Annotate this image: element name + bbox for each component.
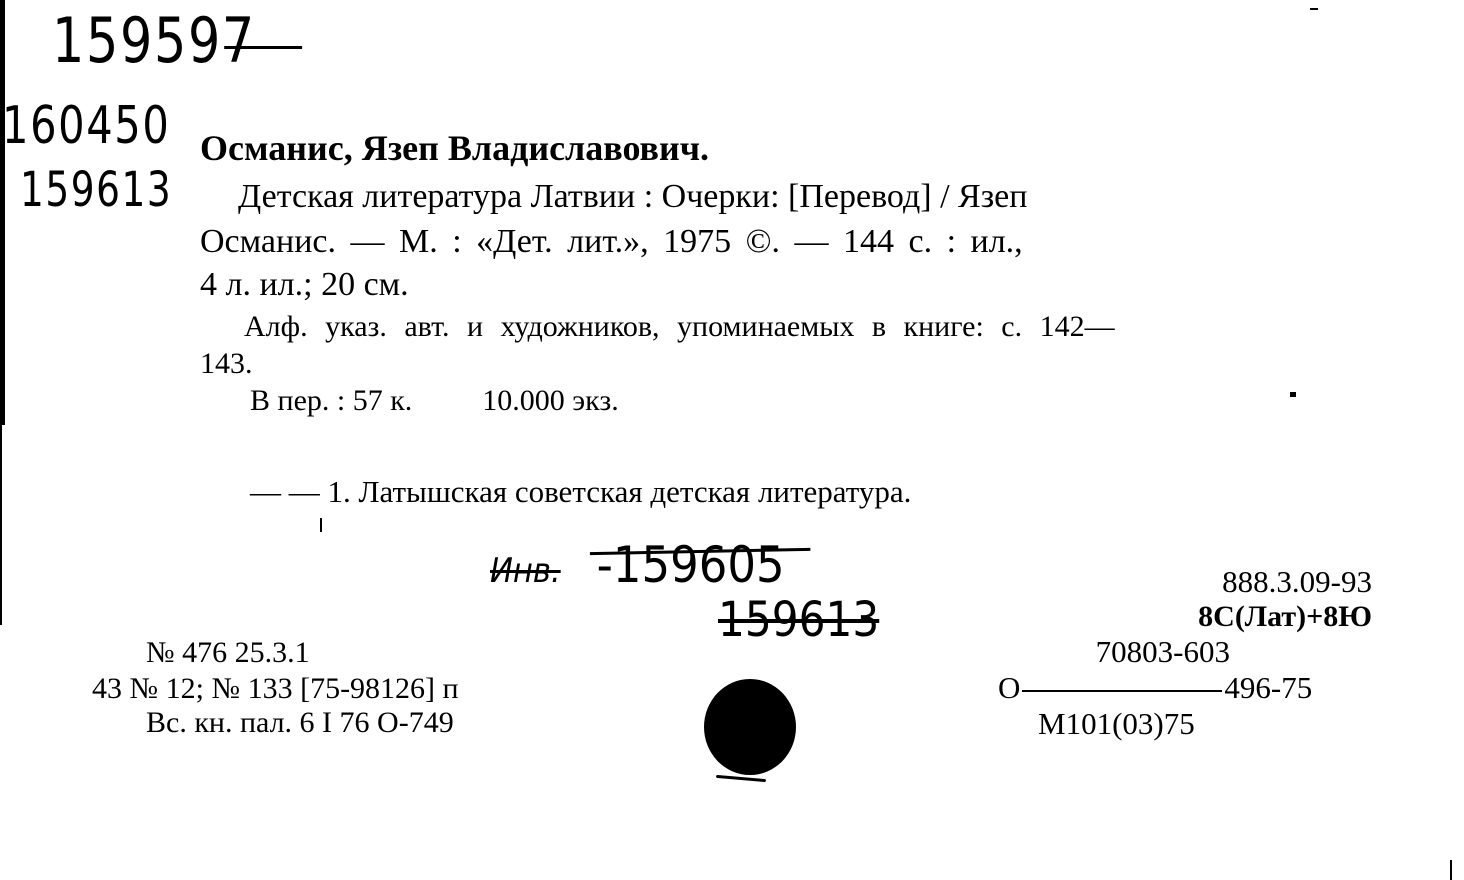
print-info-line-3: Вс. кн. пал. 6 I 76 О-749 — [146, 706, 454, 740]
ink-speck — [1450, 860, 1452, 880]
ink-speck — [320, 518, 322, 532]
punch-hole-shadow — [716, 775, 766, 782]
catalog-card: 159597 160450 159613 Османис, Язеп Влади… — [0, 0, 1464, 880]
handwritten-inventory-number-mid: 159613 — [718, 592, 879, 648]
struck-inventory-number: -159605 — [597, 536, 785, 594]
ink-speck — [1290, 392, 1296, 397]
divider-line — [1022, 690, 1222, 692]
subject-heading: — — 1. Латышская советская детская литер… — [250, 476, 911, 507]
card-left-edge-thin — [0, 425, 2, 625]
handwritten-inventory-number-2: 160450 — [2, 96, 170, 156]
print-info-line-2: 43 № 12; № 133 [75-98126] п — [92, 672, 459, 706]
author-mark-letter: О — [998, 670, 1020, 705]
handwritten-abbr: Инв. — [490, 551, 561, 591]
author-mark-code: 70803-603 — [1096, 634, 1230, 670]
author-mark-number: 496-75 — [1224, 670, 1312, 705]
author-heading: Османис, Язеп Владиславович. — [200, 130, 709, 166]
author-mark-line: О496-75 — [998, 670, 1312, 706]
card-left-edge — [0, 0, 5, 425]
print-run: 10.000 экз. — [482, 384, 618, 417]
ink-speck — [1310, 8, 1318, 10]
author-mark-bottom: М101(03)75 — [1038, 706, 1195, 742]
punch-hole-icon — [704, 679, 796, 775]
binding-price: В пер. : 57 к. — [250, 384, 412, 417]
index-note-line-2: 143. — [200, 349, 253, 379]
publication-line: Османис. — М. : «Дет. лит.», 1975 ©. — 1… — [200, 225, 1023, 259]
physical-description: 4 л. ил.; 20 см. — [200, 268, 409, 302]
handwritten-inventory-number-3: 159613 — [20, 162, 172, 218]
handwritten-inventory-note: Инв.-159605 — [490, 536, 785, 594]
price-line: В пер. : 57 к.10.000 экз. — [250, 386, 619, 416]
handwritten-inventory-number-1: 159597 — [52, 4, 256, 77]
title-statement: Детская литература Латвии : Очерки: [Пер… — [238, 180, 1027, 214]
bbk-code: 8С(Лат)+8Ю — [1198, 600, 1372, 634]
udk-code: 888.3.09-93 — [1222, 564, 1372, 600]
print-info-line-1: № 476 25.3.1 — [146, 636, 310, 670]
index-note-line-1: Алф. указ. авт. и художников, упоминаемы… — [244, 312, 1115, 342]
